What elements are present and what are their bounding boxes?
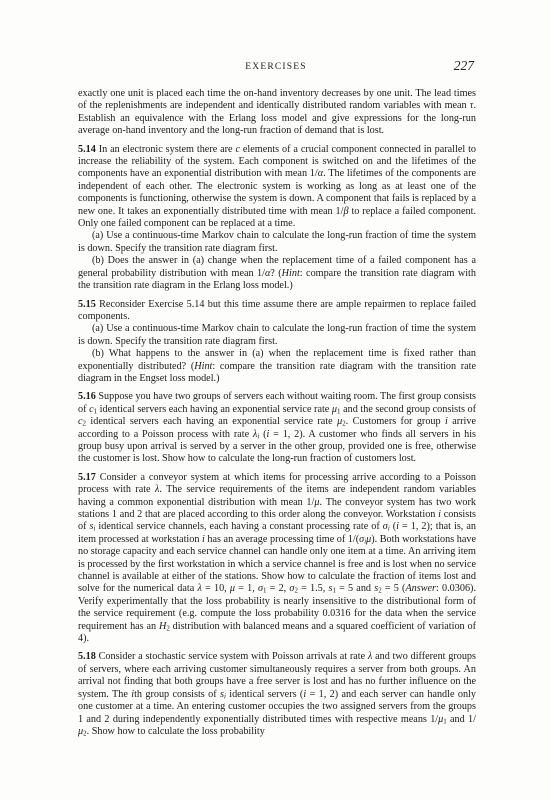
text-run: ? ( — [270, 268, 281, 279]
paragraph: 5.15 Reconsider Exercise 5.14 but this t… — [78, 299, 476, 324]
paragraph: (b) What happens to the answer in (a) wh… — [78, 348, 476, 385]
exercise-number: 5.16 — [78, 391, 96, 402]
text-run: Answer — [405, 583, 436, 594]
book-page: EXERCISES 227 exactly one unit is placed… — [0, 0, 551, 800]
paragraph: 5.14 In an electronic system there are c… — [78, 144, 476, 231]
text-run: identical servers ( — [226, 689, 303, 700]
text-run: = 2, — [266, 583, 289, 594]
text-run: = 5 and — [336, 583, 374, 594]
text-run: = 5 ( — [382, 583, 406, 594]
paragraph: 5.17 Consider a conveyor system at which… — [78, 472, 476, 646]
text-run: . Customers for group — [346, 416, 445, 427]
exercise-number: 5.17 — [78, 472, 96, 483]
paragraph: (a) Use a continuous-time Markov chain t… — [78, 230, 476, 255]
text-run: identical servers each having an exponen… — [86, 416, 337, 427]
exercise-number: 5.18 — [78, 651, 96, 662]
text-run: (a) Use a continuous-time Markov chain t… — [78, 323, 476, 346]
exercise-number: 5.15 — [78, 299, 96, 310]
text-run: (a) Use a continuous-time Markov chain t… — [78, 230, 476, 253]
text-run: = 1, — [235, 583, 258, 594]
text-run: exactly one unit is placed each time the… — [78, 88, 476, 111]
paragraph: 5.18 Consider a stochastic service syste… — [78, 651, 476, 738]
exercise-number: 5.14 — [78, 144, 96, 155]
text-run: Consider a stochastic service system wit… — [96, 651, 368, 662]
text-run: has an average processing time of 1/( — [205, 534, 359, 545]
page-title: EXERCISES — [78, 62, 474, 72]
text-run: Hint — [282, 268, 300, 279]
text-run: and 1/ — [447, 714, 476, 725]
running-head: EXERCISES 227 — [78, 62, 474, 80]
text-run: = 1.5, — [298, 583, 329, 594]
text-run: identical service channels, each having … — [95, 521, 382, 532]
paragraph: exactly one unit is placed each time the… — [78, 88, 476, 138]
paragraph: (b) Does the answer in (a) change when t… — [78, 255, 476, 292]
text-run: In an electronic system there are — [96, 144, 236, 155]
text-run: th group consists of — [134, 689, 220, 700]
text-run: identical servers each having an exponen… — [97, 404, 332, 415]
text-block: exactly one unit is placed each time the… — [78, 88, 476, 738]
text-run: and the second group consists of — [341, 404, 476, 415]
text-run: Hint — [194, 361, 212, 372]
text-run: Reconsider Exercise 5.14 but this time a… — [78, 299, 476, 322]
paragraph: (a) Use a continuous-time Markov chain t… — [78, 323, 476, 348]
text-run: = 10, — [202, 583, 230, 594]
page-number: 227 — [454, 58, 474, 74]
text-run: . Show how to calculate the loss probabi… — [87, 726, 265, 737]
paragraph: 5.16 Suppose you have two groups of serv… — [78, 391, 476, 465]
